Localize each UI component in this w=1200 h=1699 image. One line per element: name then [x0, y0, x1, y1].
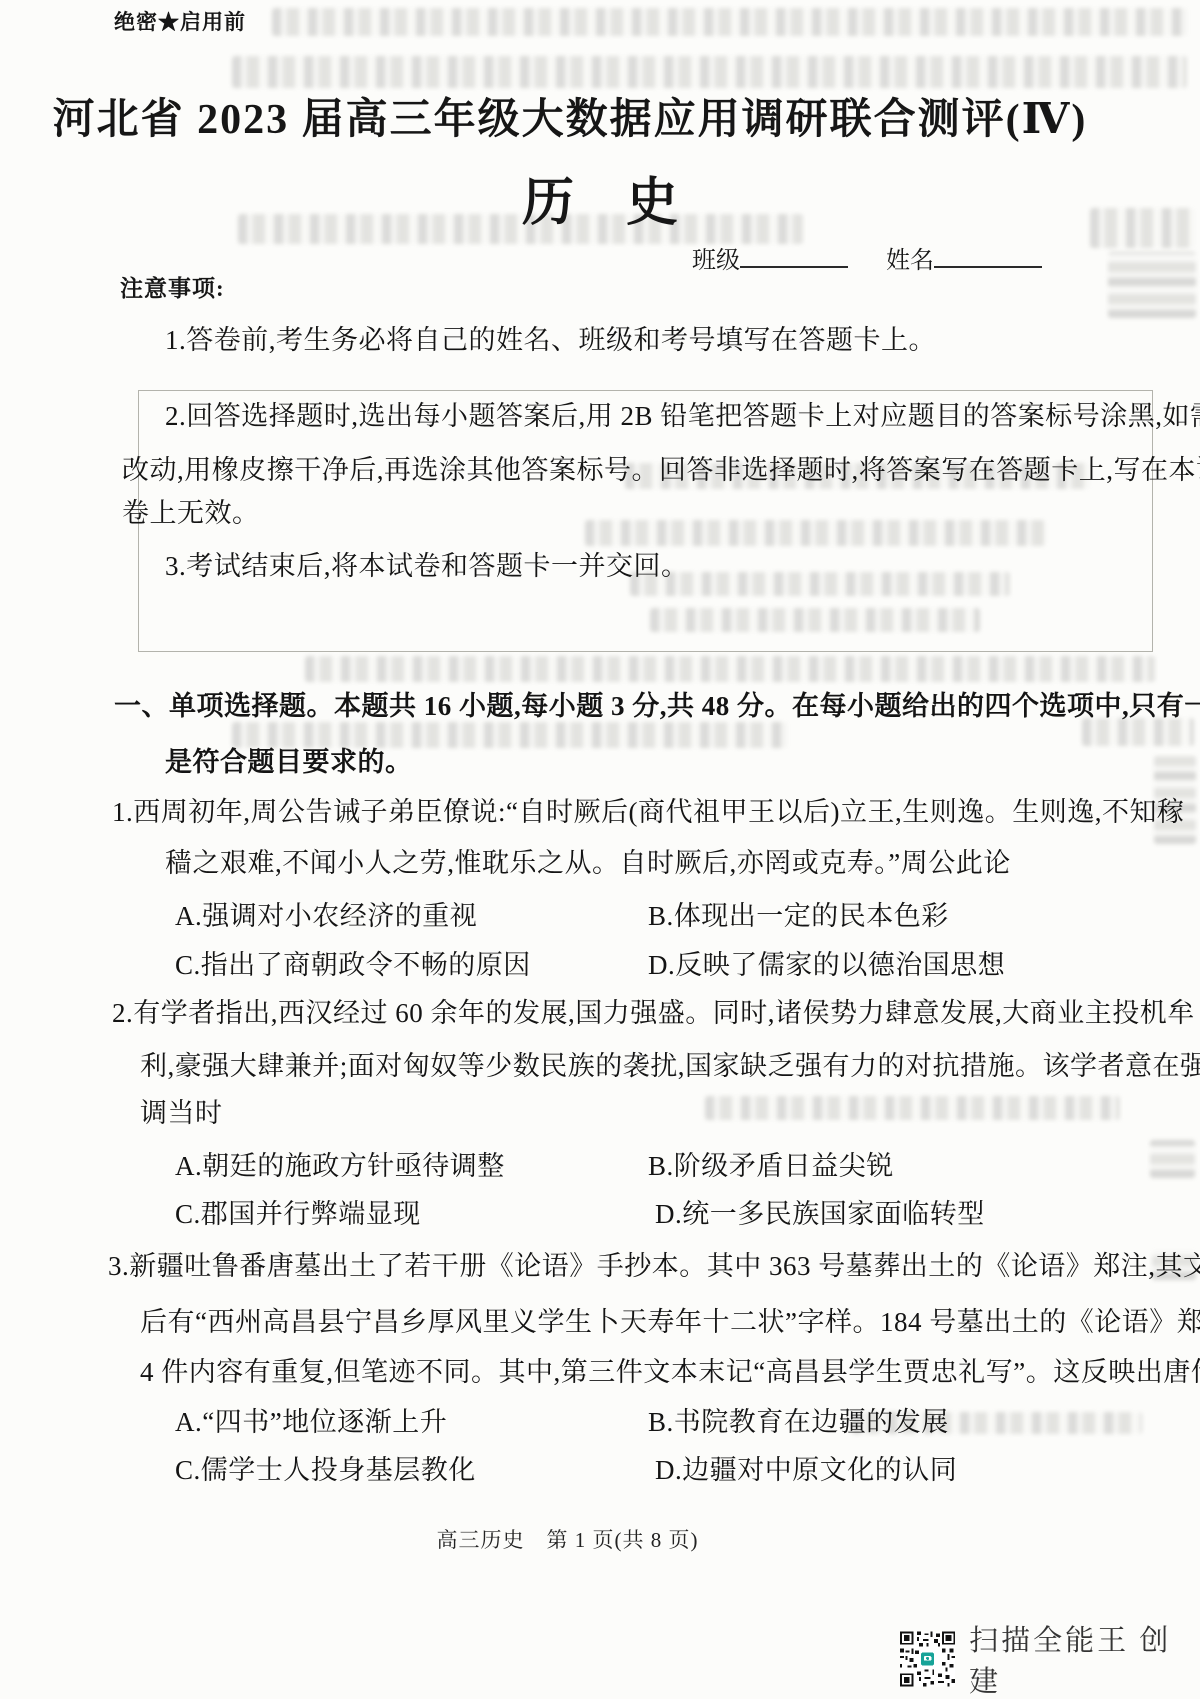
- question-3-option-b: B.书院教育在边疆的发展: [648, 1406, 949, 1438]
- question-3-line-3: 4 件内容有重复,但笔迹不同。其中,第三件文本末记“高昌县学生贾忠礼写”。这反映…: [140, 1356, 1200, 1388]
- question-1-line-1: 1.西周初年,周公告诫子弟臣僚说:“自时厥后(商代祖甲王以后)立王,生则逸。生则…: [112, 796, 1184, 828]
- exam-title: 河北省 2023 届高三年级大数据应用调研联合测评(Ⅳ): [30, 86, 1110, 146]
- notice-item-1: 1.答卷前,考生务必将自己的姓名、班级和考号填写在答题卡上。: [165, 324, 936, 356]
- question-3-option-d: D.边疆对中原文化的认同: [655, 1454, 957, 1486]
- bleed-through-smudge: [232, 722, 787, 748]
- question-1-option-c: C.指出了商朝政令不畅的原因: [175, 949, 531, 981]
- bleed-through-smudge: [305, 656, 1155, 682]
- notice-item-2-line-1: 2.回答选择题时,选出每小题答案后,用 2B 铅笔把答题卡上对应题目的答案标号涂…: [165, 400, 1200, 432]
- class-blank-line: [740, 242, 848, 268]
- notice-item-2-line-3: 卷上无效。: [122, 497, 260, 529]
- notice-item-2-line-2: 改动,用橡皮擦干净后,再选涂其他答案标号。回答非选择题时,将答案写在答题卡上,写…: [122, 454, 1200, 486]
- class-name-row: 班级 姓名: [692, 240, 1042, 275]
- question-2-option-d: D.统一多民族国家面临转型: [655, 1198, 985, 1230]
- exam-paper-page: 绝密★启用前 河北省 2023 届高三年级大数据应用调研联合测评(Ⅳ) 历 史 …: [0, 0, 1200, 1699]
- qr-code-icon: [900, 1631, 955, 1687]
- bleed-through-smudge: [232, 56, 1187, 88]
- bleed-through-smudge: [705, 1096, 1120, 1120]
- question-1-option-d: D.反映了儒家的以德治国思想: [648, 949, 1005, 981]
- question-3-option-c: C.儒学士人投身基层教化: [175, 1454, 476, 1486]
- question-2-option-c: C.郡国并行弊端显现: [175, 1198, 421, 1230]
- bleed-through-smudge: [1108, 252, 1196, 318]
- notice-item-3: 3.考试结束后,将本试卷和答题卡一并交回。: [165, 550, 689, 582]
- class-label: 班级: [692, 248, 740, 274]
- camscanner-watermark: 扫描全能王 创建: [900, 1618, 1200, 1699]
- bleed-through-smudge: [1150, 1140, 1195, 1178]
- question-3-line-1: 3.新疆吐鲁番唐墓出土了若干册《论语》手抄本。其中 363 号墓葬出土的《论语》…: [108, 1250, 1200, 1282]
- section-heading-line-2: 是符合题目要求的。: [165, 746, 413, 778]
- question-2-option-a: A.朝廷的施政方针亟待调整: [175, 1150, 505, 1182]
- question-3-option-a: A.“四书”地位逐渐上升: [175, 1406, 447, 1438]
- section-heading-line-1: 一、单项选择题。本题共 16 小题,每小题 3 分,共 48 分。在每小题给出的…: [114, 690, 1200, 722]
- camscanner-label: 扫描全能王 创建: [969, 1618, 1200, 1699]
- question-1-line-2: 穑之艰难,不闻小人之劳,惟耽乐之从。自时厥后,亦罔或克寿。”周公此论: [165, 847, 1011, 879]
- page-footer: 高三历史 第 1 页(共 8 页): [0, 1524, 1135, 1554]
- subject-title: 历 史: [0, 160, 1200, 235]
- question-1-option-a: A.强调对小农经济的重视: [175, 900, 477, 932]
- bleed-through-smudge: [272, 8, 1187, 36]
- classification-label: 绝密★启用前: [114, 6, 246, 36]
- question-2-line-1: 2.有学者指出,西汉经过 60 余年的发展,国力强盛。同时,诸侯势力肆意发展,大…: [112, 997, 1195, 1029]
- notice-heading: 注意事项:: [120, 270, 225, 303]
- bleed-through-smudge: [1082, 718, 1194, 746]
- name-blank-line: [934, 242, 1042, 268]
- question-2-option-b: B.阶级矛盾日益尖锐: [648, 1150, 894, 1182]
- name-label: 姓名: [886, 248, 934, 274]
- question-3-line-2: 后有“西州高昌县宁昌乡厚风里义学生卜天寿年十二状”字样。184 号墓出土的《论语…: [140, 1306, 1200, 1338]
- question-2-line-3: 调当时: [140, 1097, 223, 1129]
- question-2-line-2: 利,豪强大肆兼并;面对匈奴等少数民族的袭扰,国家缺乏强有力的对抗措施。该学者意在…: [140, 1050, 1200, 1082]
- question-1-option-b: B.体现出一定的民本色彩: [648, 900, 949, 932]
